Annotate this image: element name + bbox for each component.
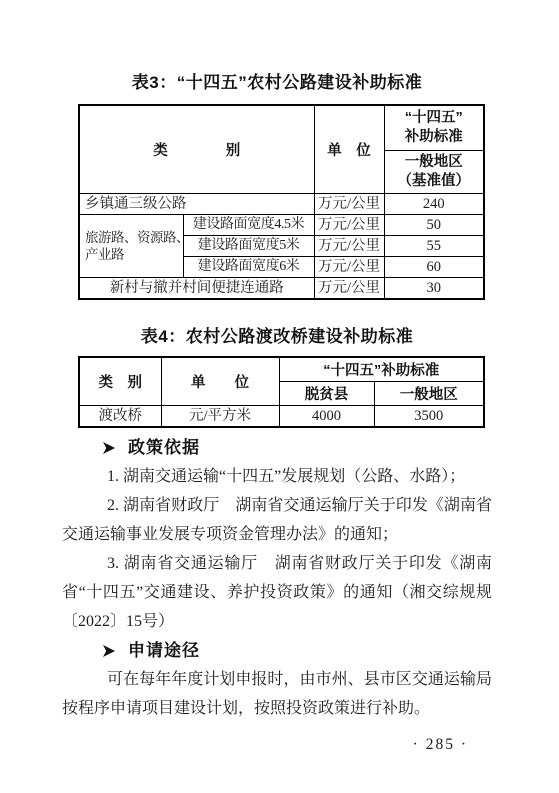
table3-r5-unit: 万元/公里 (314, 278, 384, 300)
table3-r4-unit: 万元/公里 (314, 257, 384, 278)
table3-r3-unit: 万元/公里 (314, 236, 384, 257)
table4-row-v2: 3500 (374, 406, 484, 428)
table4-header-category: 类 别 (79, 357, 161, 406)
table-row: 旅游路、资源路、 产业路 建设路面宽度4.5米 万元/公里 50 (79, 215, 484, 236)
table3-r1-unit: 万元/公里 (314, 194, 384, 215)
table4-header-unit: 单 位 (161, 357, 279, 406)
table3-header-standard: “十四五” 补助标准 (384, 105, 484, 151)
page-number: · 285 · (62, 735, 492, 755)
document-page: 表3：“十四五”农村公路建设补助标准 类 别 单 位 “十四五” 补助标准 一般… (0, 0, 559, 793)
right-arrowhead-icon (103, 441, 116, 455)
table3-r1-category: 乡镇通三级公路 (79, 194, 314, 215)
table3-r5-value: 30 (384, 278, 484, 300)
table3: 类 别 单 位 “十四五” 补助标准 一般地区 （基准值） 乡镇通三级公路 万 (78, 104, 485, 300)
table4-title: 表4：农村公路渡改桥建设补助标准 (62, 326, 492, 348)
table4-header-col2: 一般地区 (374, 382, 484, 406)
table4-row-unit: 元/平方米 (161, 406, 279, 428)
table-row: 新村与撤并村间便捷连通路 万元/公里 30 (79, 278, 484, 300)
table4-row-v1: 4000 (279, 406, 374, 428)
table4: 类 别 单 位 “十四五”补助标准 脱贫县 一般地区 渡改桥 元/平方米 400… (78, 356, 485, 428)
table3-r1-value: 240 (384, 194, 484, 215)
table4-header-col1: 脱贫县 (279, 382, 374, 406)
table4-row-category: 渡改桥 (79, 406, 161, 428)
table3-group-line1: 旅游路、资源路、 (85, 230, 183, 245)
table3-r3-sub: 建设路面宽度5米 (183, 236, 314, 257)
table3-r4-value: 60 (384, 257, 484, 278)
table3-r5-category: 新村与撤并村间便捷连通路 (79, 278, 314, 300)
policy-item-1: 1. 湖南交通运输“十四五”发展规划（公路、水路）； (62, 462, 492, 491)
table3-r4-sub: 建设路面宽度6米 (183, 257, 314, 278)
table3-title: 表3：“十四五”农村公路建设补助标准 (62, 72, 492, 94)
page-content: 表3：“十四五”农村公路建设补助标准 类 别 单 位 “十四五” 补助标准 一般… (62, 0, 492, 755)
table3-header-unit: 单 位 (314, 105, 384, 194)
table3-header-general-line2: （基准值） (398, 173, 471, 189)
table3-r2-unit: 万元/公里 (314, 215, 384, 236)
table3-header-category: 类 别 (79, 105, 314, 194)
apply-section-heading: 申请途径 (62, 636, 492, 665)
table3-r2-value: 50 (384, 215, 484, 236)
policy-item-3: 3. 湖南省交通运输厅 湖南省财政厅关于印发《湖南省“十四五”交通建设、养护投资… (62, 549, 492, 636)
table3-header-general-area: 一般地区 （基准值） (384, 151, 484, 194)
table3-r2-sub: 建设路面宽度4.5米 (183, 215, 314, 236)
table3-header-general-line1: 一般地区 (405, 154, 463, 170)
table-row: 渡改桥 元/平方米 4000 3500 (79, 406, 484, 428)
table-row: 乡镇通三级公路 万元/公里 240 (79, 194, 484, 215)
table3-header-standard-line2: 补助标准 (405, 129, 463, 145)
table3-group-line2: 产业路 (85, 247, 124, 262)
policy-section-label: 政策依据 (128, 433, 200, 462)
apply-paragraph: 可在每年年度计划申报时，由市州、县市区交通运输局按程序申请项目建设计划，按照投资… (62, 665, 492, 723)
table3-header-standard-line1: “十四五” (405, 110, 463, 126)
right-arrowhead-icon (103, 644, 116, 658)
apply-section-label: 申请途径 (128, 636, 200, 665)
table3-group-category: 旅游路、资源路、 产业路 (79, 215, 183, 278)
table3-r3-value: 55 (384, 236, 484, 257)
policy-section-heading: 政策依据 (62, 433, 492, 462)
table4-header-standard: “十四五”补助标准 (279, 357, 484, 382)
policy-item-2: 2. 湖南省财政厅 湖南省交通运输厅关于印发《湖南省交通运输事业发展专项资金管理… (62, 491, 492, 549)
